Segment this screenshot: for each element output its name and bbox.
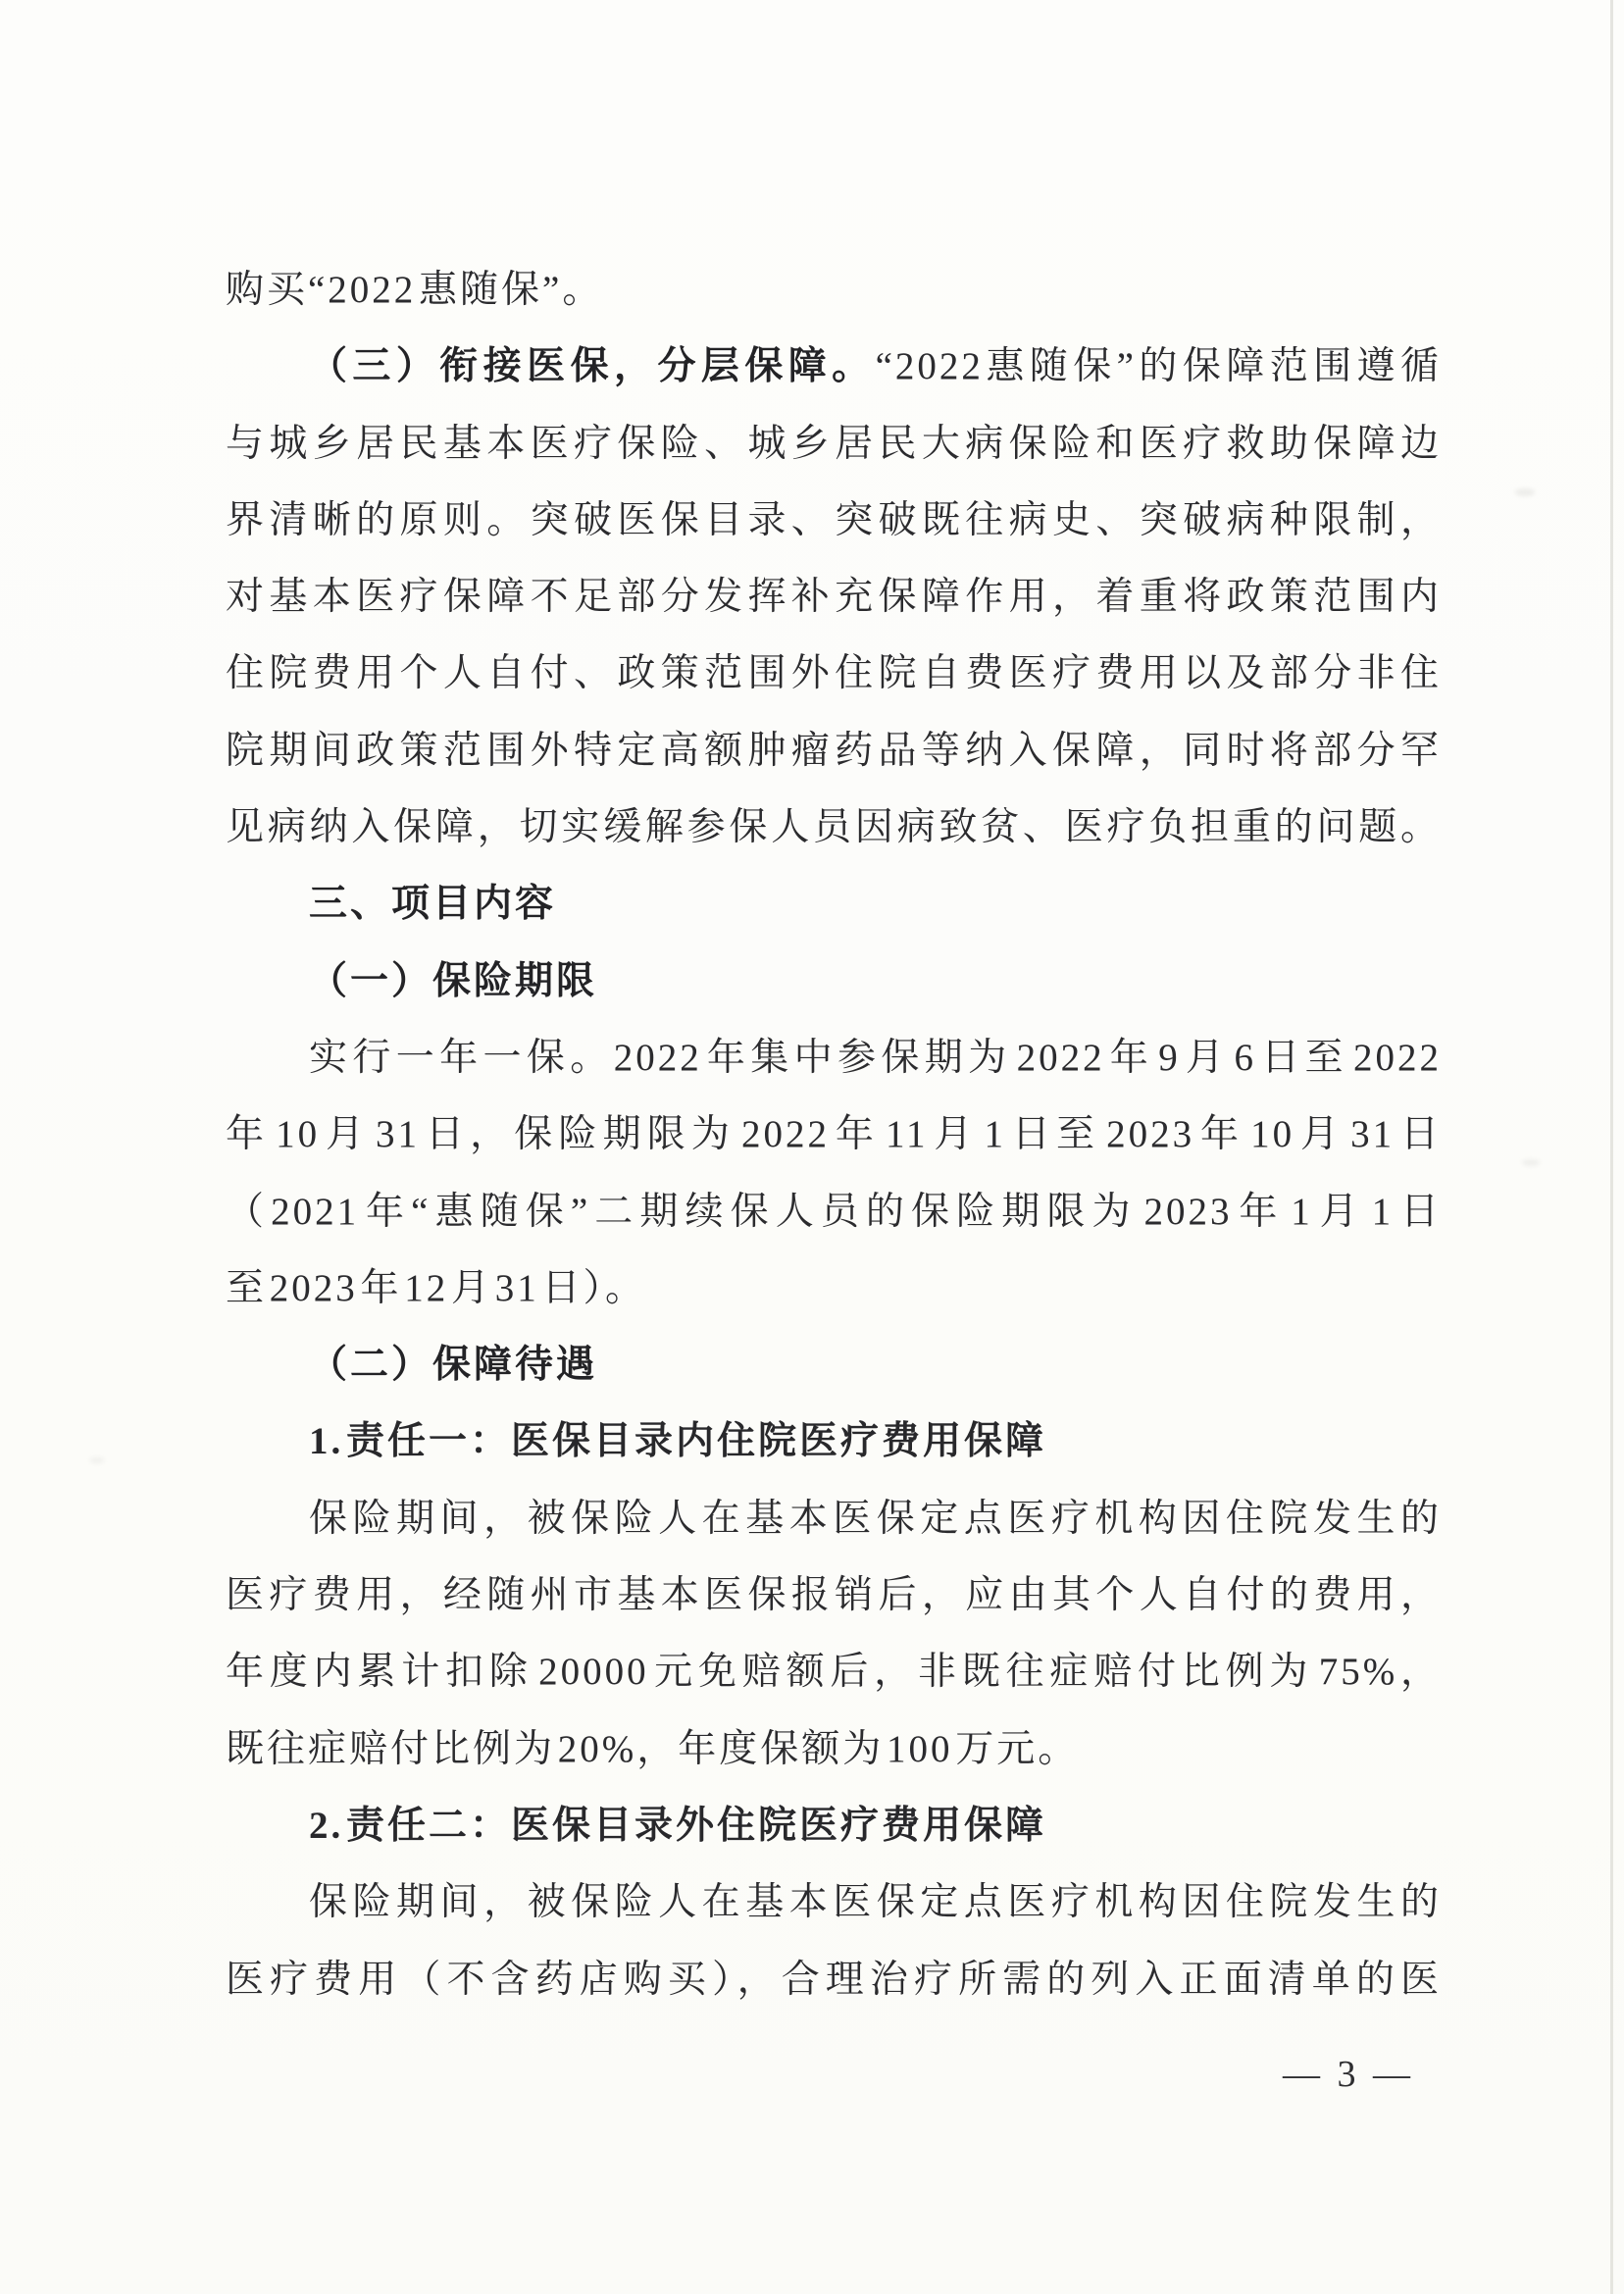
document-line: 医疗费用，经随州市基本医保报销后，应由其个人自付的费用，	[226, 1557, 1442, 1634]
document-line: （三）衔接医保，分层保障。“2022惠随保”的保障范围遵循	[226, 329, 1442, 405]
paragraph-lead: （三）衔接医保，分层保障。	[309, 345, 876, 387]
document-line: 至 2023 年 12 月 31 日）。	[226, 1250, 1442, 1327]
document-line: 界清晰的原则。突破医保目录、突破既往病史、突破病种限制，	[226, 483, 1442, 559]
heading-line: （一）保险期限	[226, 943, 1442, 1020]
document-line: （2021 年“惠随保”二期续保人员的保险期限为 2023 年 1 月 1 日	[226, 1174, 1442, 1250]
document-line: 实行一年一保。2022 年集中参保期为 2022 年 9 月 6 日至 2022	[226, 1020, 1442, 1096]
document-line: 1. 责任一：医保目录内住院医疗费用保障	[226, 1403, 1442, 1480]
heading-line: （二）保障待遇	[226, 1327, 1442, 1403]
scan-edge-line	[1610, 0, 1613, 2294]
scan-speck	[1522, 1159, 1540, 1166]
document-line: 住院费用个人自付、政策范围外住院自费医疗费用以及部分非住	[226, 636, 1442, 712]
document-line: 见病纳入保障，切实缓解参保人员因病致贫、医疗负担重的问题。	[226, 790, 1442, 866]
document-line: 2. 责任二：医保目录外住院医疗费用保障	[226, 1788, 1442, 1864]
document-line: 购买“2022 惠随保”。	[226, 252, 1442, 329]
heading-line: 三、项目内容	[226, 866, 1442, 943]
document-line: 既往症赔付比例为 20%，年度保额为 100 万元。	[226, 1711, 1442, 1788]
document-line: 医疗费用（不含药店购买），合理治疗所需的列入正面清单的医	[226, 1942, 1442, 2018]
document-line: 对基本医疗保障不足部分发挥补充保障作用，着重将政策范围内	[226, 559, 1442, 636]
page-number: — 3 —	[1275, 2053, 1422, 2096]
scanned-document-page: 购买“2022 惠随保”。（三）衔接医保，分层保障。“2022惠随保”的保障范围…	[0, 0, 1624, 2294]
text-block: 购买“2022 惠随保”。（三）衔接医保，分层保障。“2022惠随保”的保障范围…	[226, 252, 1442, 2018]
document-line: 与城乡居民基本医疗保险、城乡居民大病保险和医疗救助保障边	[226, 406, 1442, 483]
document-line: 保险期间，被保险人在基本医保定点医疗机构因住院发生的	[226, 1481, 1442, 1557]
document-line: 院期间政策范围外特定高额肿瘤药品等纳入保障，同时将部分罕	[226, 713, 1442, 790]
document-line: 年 10 月 31 日，保险期限为 2022 年 11 月 1 日至 2023 …	[226, 1096, 1442, 1173]
scan-speck	[1515, 488, 1535, 496]
scan-speck	[90, 1457, 104, 1463]
document-line: 年度内累计扣除 20000 元免赔额后，非既往症赔付比例为 75%，	[226, 1634, 1442, 1710]
document-line: 保险期间，被保险人在基本医保定点医疗机构因住院发生的	[226, 1864, 1442, 1941]
